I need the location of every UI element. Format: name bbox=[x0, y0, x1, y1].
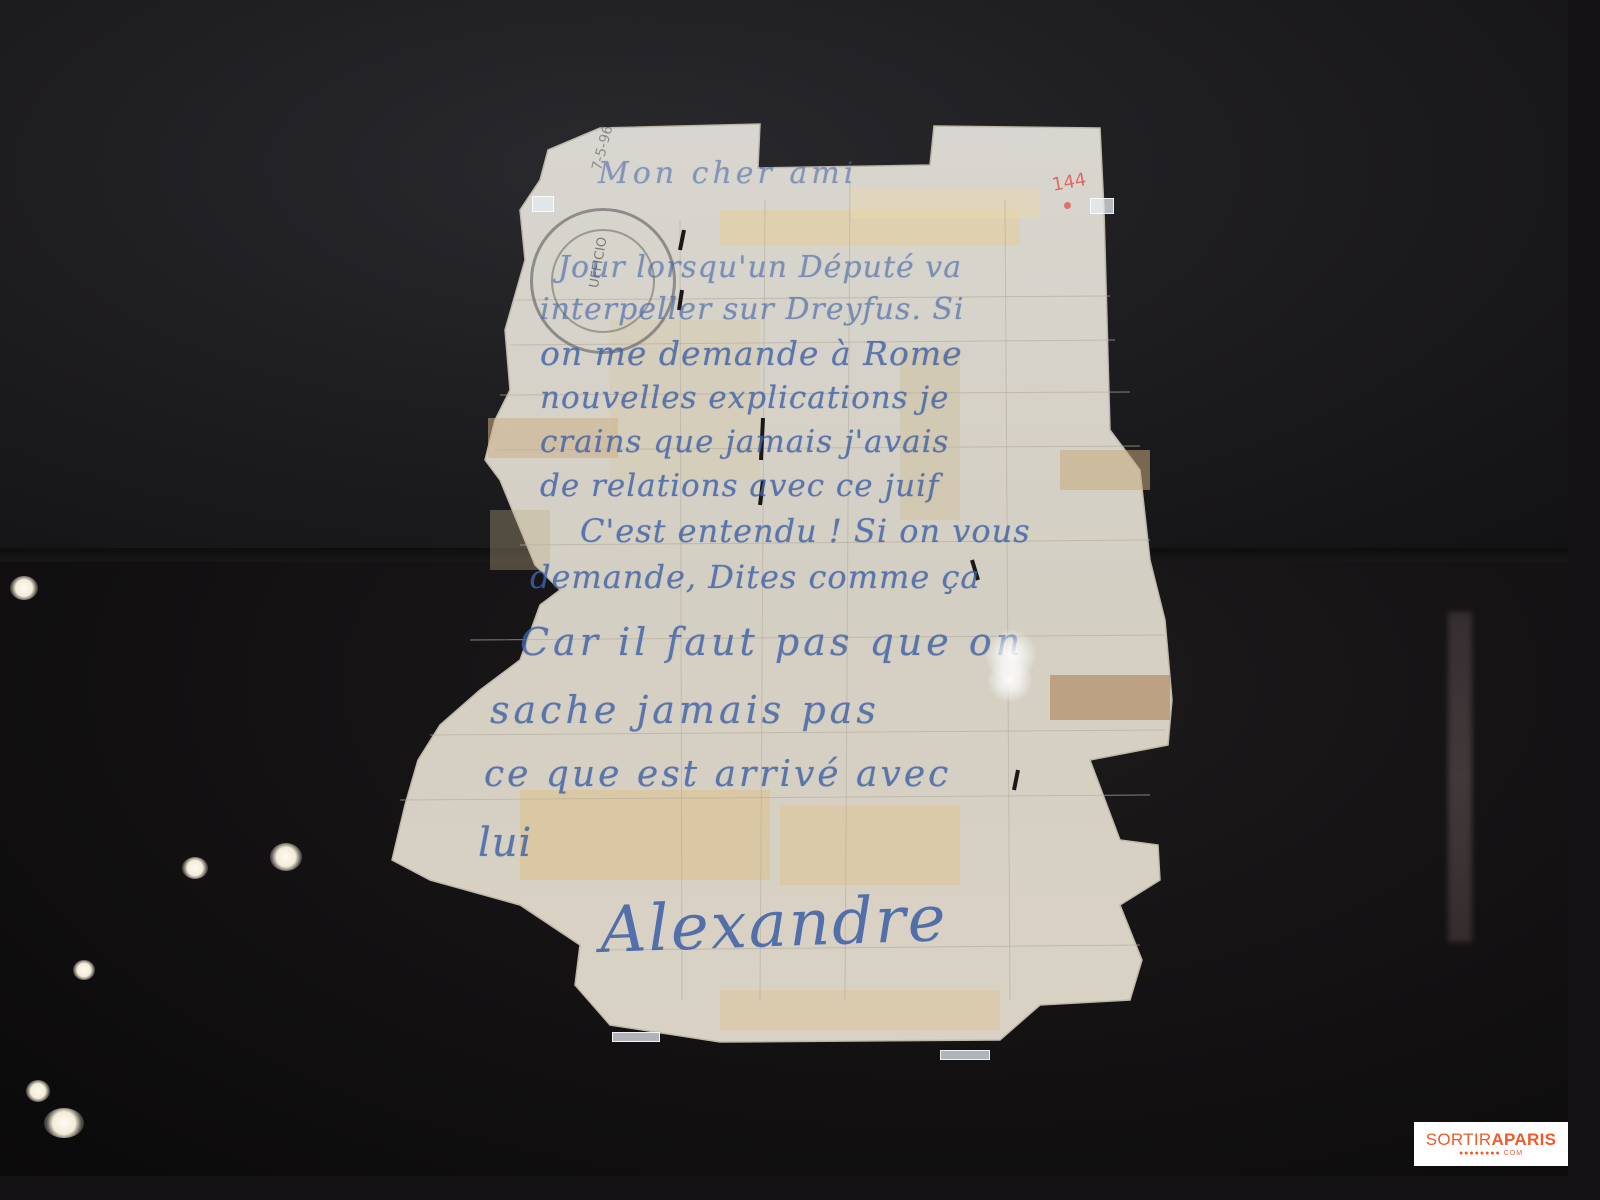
watermark-subtext: ●●●●●●●● COM bbox=[1459, 1149, 1523, 1158]
red-annotation-dot bbox=[1064, 202, 1071, 209]
letter-line: lui bbox=[478, 820, 532, 866]
mounting-clip bbox=[532, 196, 554, 212]
letter-line: nouvelles explications je bbox=[540, 380, 949, 416]
letter-line: Jour lorsqu'un Député va bbox=[558, 250, 962, 285]
watermark-text-bold: APARIS bbox=[1491, 1130, 1556, 1149]
mounting-clip bbox=[940, 1050, 990, 1060]
letter-line: demande, Dites comme ça bbox=[530, 558, 980, 596]
watermark-text-light: SORTIR bbox=[1426, 1130, 1492, 1149]
watermark-logo: SORTIRAPARIS ●●●●●●●● COM bbox=[1414, 1122, 1568, 1166]
signature: Alexandre bbox=[599, 882, 949, 968]
handwritten-letter: UFFICIO 7-5-96 144 Mon cher ami Jour lor… bbox=[0, 0, 1568, 1176]
mounting-clip bbox=[1090, 198, 1114, 214]
letter-line: ce que est arrivé avec bbox=[484, 754, 951, 795]
mounting-clip bbox=[612, 1032, 660, 1042]
letter-line: crains que jamais j'avais bbox=[540, 424, 949, 460]
letter-line: Car il faut pas que on bbox=[520, 620, 1024, 664]
letter-line: sache jamais pas bbox=[490, 688, 880, 732]
letter-line: C'est entendu ! Si on vous bbox=[580, 512, 1031, 550]
letter-line: on me demande à Rome bbox=[540, 334, 963, 373]
letter-line: de relations avec ce juif bbox=[540, 468, 939, 504]
letter-line: interpeller sur Dreyfus. Si bbox=[540, 292, 965, 327]
light-glare bbox=[988, 658, 1032, 702]
salutation: Mon cher ami bbox=[598, 156, 857, 191]
